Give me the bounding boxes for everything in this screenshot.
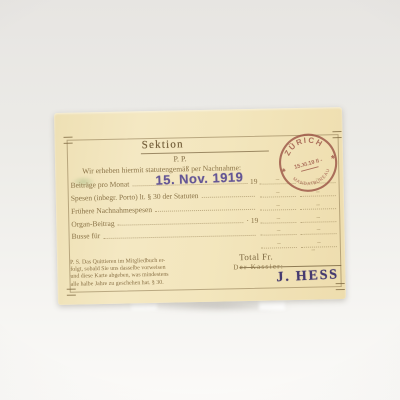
frame-corner-mark (64, 137, 73, 144)
frame-corner-mark (67, 289, 76, 296)
amount-cell: – (300, 226, 336, 236)
frame-corner-mark (336, 283, 345, 290)
amount-cell: – (300, 213, 336, 223)
fee-label: Organ-Beitrag (71, 218, 114, 229)
total-label: Total Fr. (239, 251, 273, 262)
section-heading: Sektion (142, 138, 184, 151)
total-amount-dash: – (311, 246, 315, 254)
dotted-leader (201, 195, 254, 198)
fee-label: Beiträge pro Monat (70, 179, 129, 190)
dotted-leader (75, 247, 256, 253)
amount-columns: – – (258, 213, 338, 226)
postscript-note: P. S. Das Quittieren im Mitgliedbuch er-… (70, 258, 171, 289)
amount-columns: – – (258, 226, 338, 239)
fee-suffix: · 19 (246, 215, 258, 225)
postmark-date: 15.XI.19 II - (294, 157, 324, 170)
amount-cell: – (300, 200, 336, 210)
stand-foot-glint (259, 301, 285, 310)
dotted-leader (155, 208, 255, 212)
postmark-star-left: ✱ (281, 168, 287, 175)
fee-label: Busse für (72, 232, 101, 243)
fee-label: Frühere Nachnahmespesen (71, 205, 152, 217)
amount-cell: – (260, 214, 296, 224)
frame-corner-mark (332, 131, 341, 138)
amount-cell: – (260, 226, 296, 236)
cashier-signature-stamp: J. HESS (276, 267, 339, 286)
amount-cell: – (260, 201, 296, 211)
amount-columns: – – (258, 200, 338, 213)
membership-fee-card: Sektion P. P. Wir erheben hiermit statut… (54, 107, 346, 305)
